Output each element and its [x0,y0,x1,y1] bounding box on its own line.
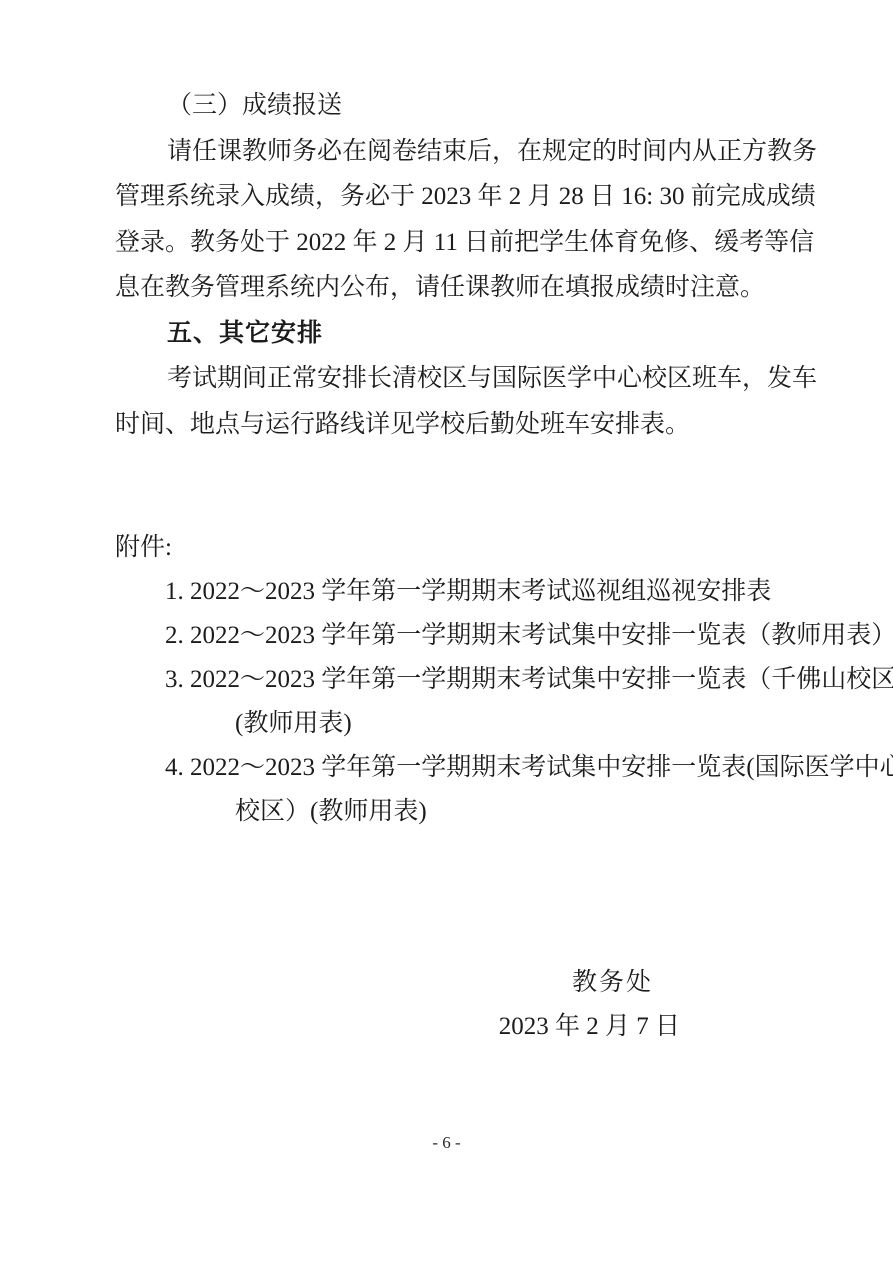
attachments-block: 附件: 1. 2022～2023 学年第一学期期末考试巡视组巡视安排表 2. 2… [115,526,815,834]
page-footer: - 6 - [0,1121,893,1165]
signature-org: 教务处 [0,961,893,1005]
section-grade-report-heading: （三）成绩报送 [115,83,805,129]
attachment-item-4: 4. 2022～2023 学年第一学期期末考试集中安排一览表(国际医学中心 [115,746,815,790]
signature-block: 教务处 2023 年 2 月 7 日 [0,961,893,1049]
grade-report-paragraph-line: 登录。教务处于 2022 年 2 月 11 日前把学生体育免修、缓考等信 [115,220,805,266]
attachments-label: 附件: [115,526,815,570]
page-number: - 6 - [0,1121,893,1165]
attachment-item-4-continuation: 校区）(教师用表) [115,790,815,834]
attachment-item-3: 3. 2022～2023 学年第一学期期末考试集中安排一览表（千佛山校区） [115,658,815,702]
other-arrangements-paragraph-line: 考试期间正常安排长清校区与国际医学中心校区班车，发车 [115,356,805,402]
grade-report-paragraph-line: 请任课教师务必在阅卷结束后，在规定的时间内从正方教务 [115,129,805,175]
section-other-arrangements-heading: 五、其它安排 [115,311,805,357]
document-page: （三）成绩报送 请任课教师务必在阅卷结束后，在规定的时间内从正方教务 管理系统录… [0,0,893,1263]
other-arrangements-paragraph-line: 时间、地点与运行路线详见学校后勤处班车安排表。 [115,402,805,448]
grade-report-paragraph-line: 息在教务管理系统内公布，请任课教师在填报成绩时注意。 [115,265,805,311]
main-text-block: （三）成绩报送 请任课教师务必在阅卷结束后，在规定的时间内从正方教务 管理系统录… [115,83,805,447]
attachment-item-3-continuation: (教师用表) [115,702,815,746]
signature-date: 2023 年 2 月 7 日 [0,1005,893,1049]
grade-report-paragraph-line: 管理系统录入成绩，务必于 2023 年 2 月 28 日 16: 30 前完成成… [115,174,805,220]
attachment-item-2: 2. 2022～2023 学年第一学期期末考试集中安排一览表（教师用表） [115,614,815,658]
attachment-item-1: 1. 2022～2023 学年第一学期期末考试巡视组巡视安排表 [115,570,815,614]
